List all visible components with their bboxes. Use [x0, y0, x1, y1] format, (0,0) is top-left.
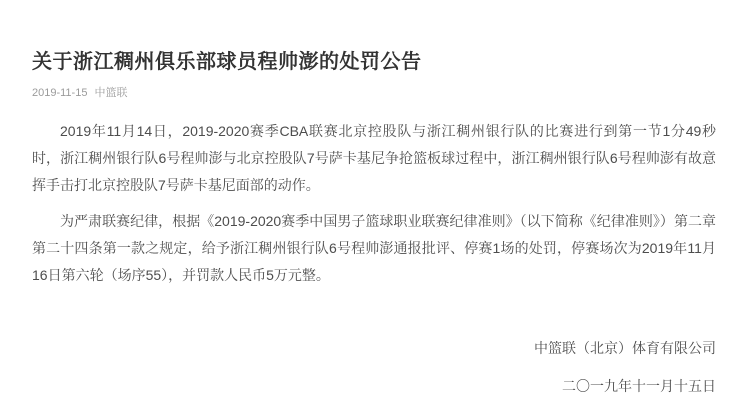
- announcement-article: 关于浙江稠州俱乐部球员程帅澎的处罚公告 2019-11-15 中篮联 2019年…: [0, 0, 750, 400]
- body-paragraph-2: 为严肃联赛纪律，根据《2019-2020赛季中国男子篮球职业联赛纪律准则》（以下…: [32, 208, 716, 289]
- announcement-page: 关于浙江稠州俱乐部球员程帅澎的处罚公告 2019-11-15 中篮联 2019年…: [0, 0, 750, 400]
- body-paragraph-1: 2019年11月14日，2019-2020赛季CBA联赛北京控股队与浙江稠州银行…: [32, 118, 716, 199]
- page-title: 关于浙江稠州俱乐部球员程帅澎的处罚公告: [32, 50, 716, 74]
- signature-date: 二〇一九年十一月十五日: [32, 373, 716, 400]
- signature-company: 中篮联（北京）体育有限公司: [32, 335, 716, 362]
- article-meta: 2019-11-15 中篮联: [32, 87, 716, 99]
- publish-date: 2019-11-15: [32, 87, 87, 99]
- source-label: 中篮联: [95, 87, 128, 99]
